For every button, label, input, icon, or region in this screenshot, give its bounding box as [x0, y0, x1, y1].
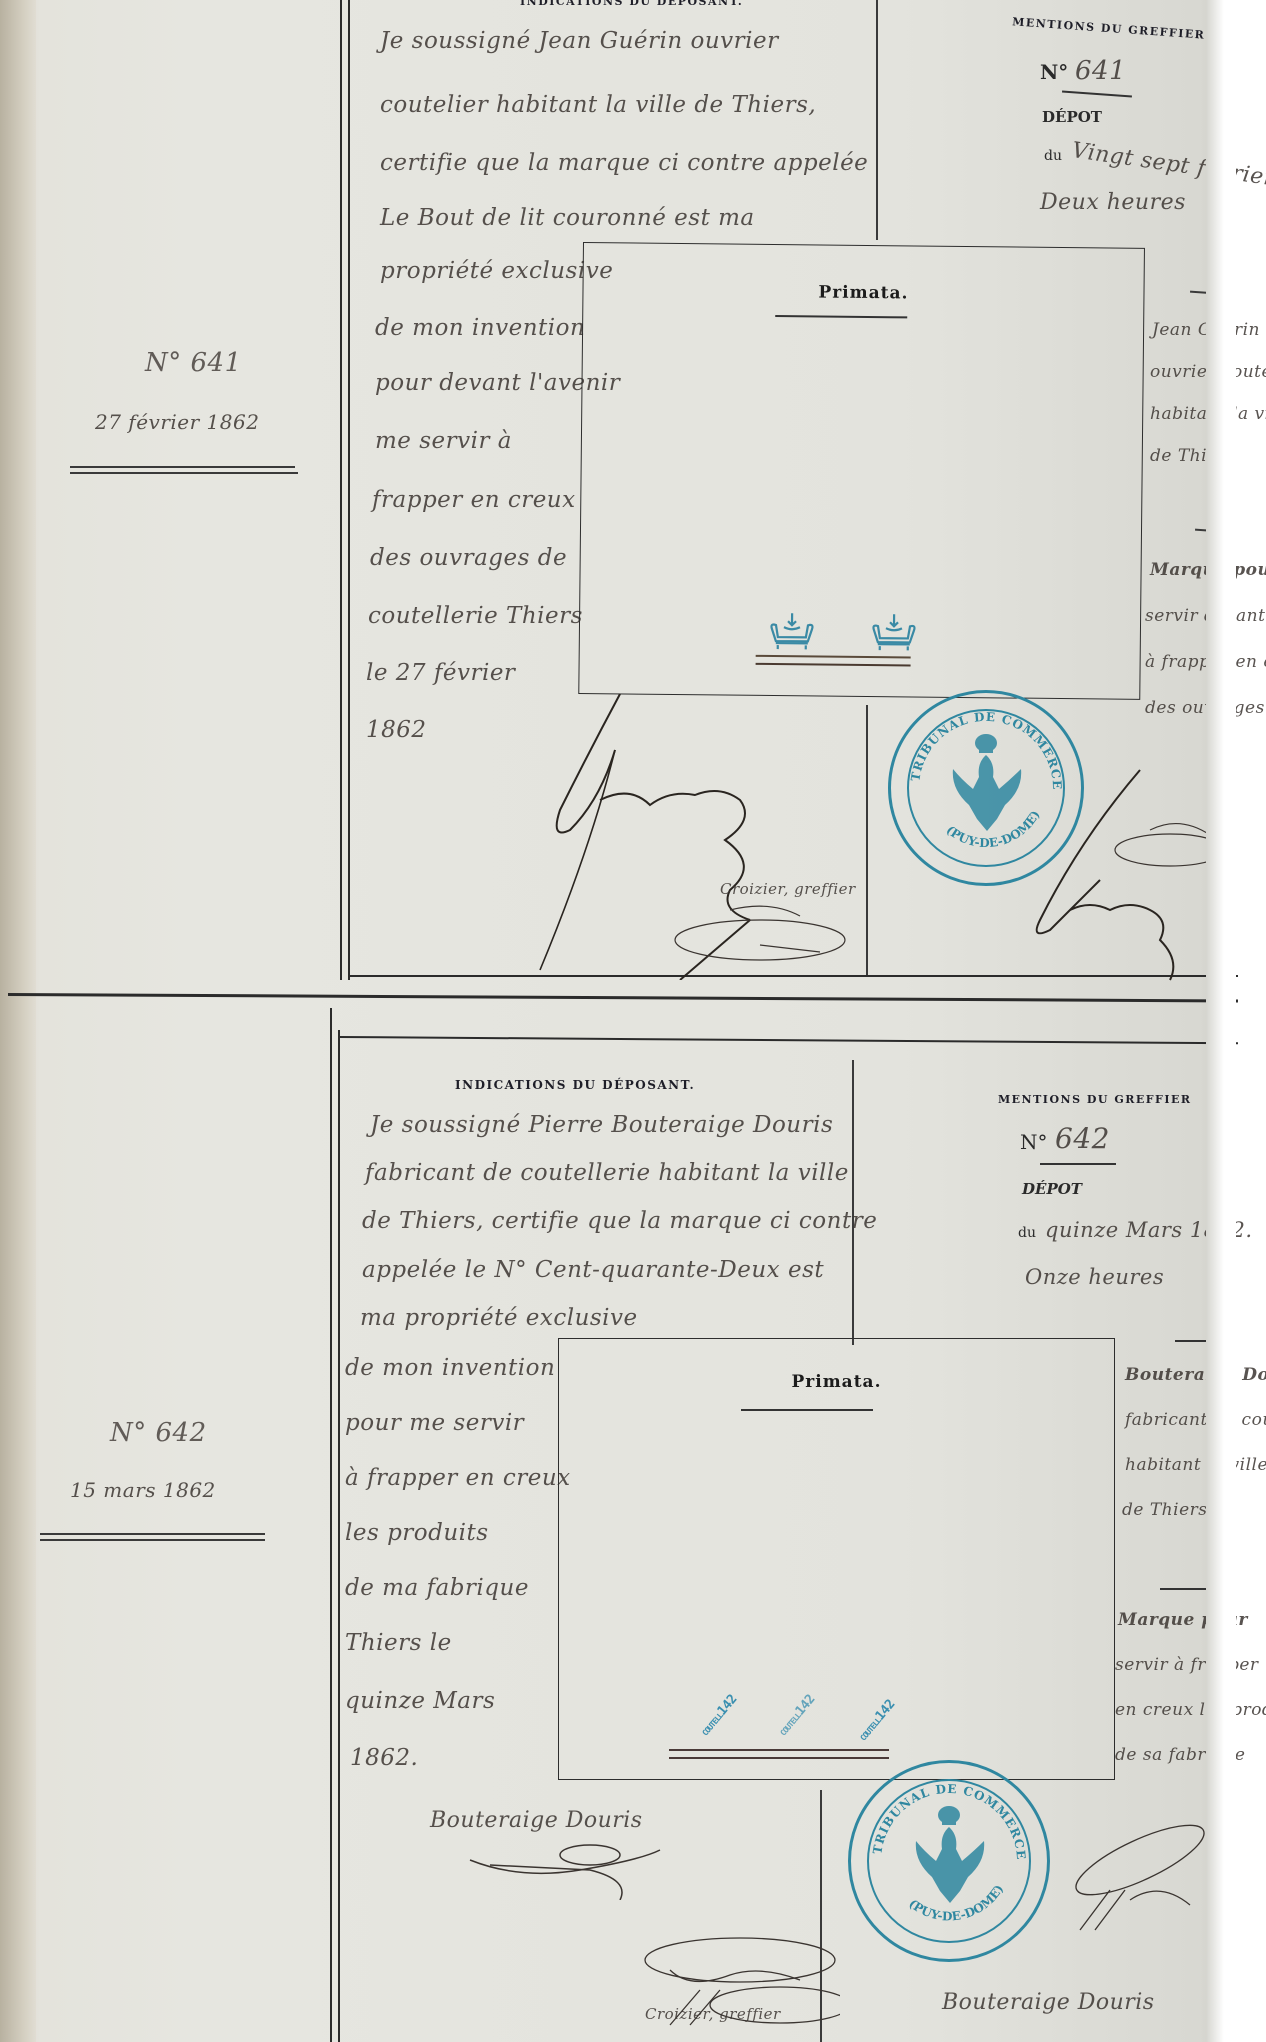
stamp-142-mark: COUTELL142: [698, 1692, 741, 1739]
tribunal-stamp: TRIBUNAL DE COMMERCE DE THIERS (PUY-DE-D…: [848, 1760, 1050, 1962]
depot-label: DÉPOT: [1042, 108, 1102, 126]
depositor-line: de mon invention: [375, 315, 585, 341]
title-underline: [775, 315, 907, 318]
depositor-line: frapper en creux: [372, 487, 576, 513]
depositor-line: propriété exclusive: [380, 258, 613, 284]
clerk-number-label: N°: [1020, 1130, 1048, 1154]
depositor-line: coutellerie Thiers: [368, 603, 583, 629]
depositor-line: de Thiers, certifie que la marque ci con…: [362, 1208, 877, 1234]
signature-flourish: [460, 1840, 680, 1900]
column-divider: [876, 0, 878, 240]
depot-label: DÉPOT: [1022, 1180, 1082, 1198]
frame-top: [338, 1036, 1238, 1044]
depositor-line: les produits: [345, 1520, 489, 1546]
mark-summary-line: en creux les produits: [1115, 1700, 1266, 1720]
depositor-line: 1862.: [350, 1745, 418, 1771]
depositor-header: INDICATIONS DU DÉPOSANT.: [520, 0, 743, 8]
depositor-line: pour me servir: [345, 1410, 524, 1436]
depositor-line: Je soussigné Jean Guérin ouvrier: [380, 28, 779, 54]
depot-time: Onze heures: [1025, 1265, 1164, 1289]
book-spine: [0, 0, 36, 2042]
clerk-header: MENTIONS DU GREFFIER: [998, 1093, 1192, 1106]
clerk-signature: Croizier, greffier: [720, 880, 856, 898]
frame-line: [330, 1008, 332, 2042]
clerk-summary-line: de Thiers: [1122, 1500, 1207, 1520]
depositor-line: à frapper en creux: [345, 1465, 571, 1491]
clerk-number-value: 641: [1075, 56, 1126, 86]
mark-box: Primata.: [578, 242, 1145, 700]
number-underline: [1040, 1163, 1116, 1165]
mark-double-rule: [756, 655, 911, 667]
register-page: INDICATIONS DU DÉPOSANT. Je soussigné Je…: [0, 0, 1236, 2042]
depositor-signature: Bouteraige Douris: [430, 1808, 643, 1833]
signature-clerk-margin: [1060, 1820, 1220, 1940]
clerk-signature: Croizier, greffier: [645, 2005, 781, 2023]
mark-box-title: Primata.: [583, 280, 1143, 306]
depositor-line: certifie que la marque ci contre appelée: [380, 150, 868, 176]
clerk-number-label: N°: [1040, 60, 1068, 84]
depositor-line: le 27 février: [366, 660, 515, 686]
du-label: du: [1018, 1225, 1036, 1241]
column-divider: [852, 1060, 854, 1345]
depositor-line: coutelier habitant la ville de Thiers,: [380, 92, 816, 118]
margin-number: N° 642: [110, 1418, 207, 1448]
clerk-summary-line: Bouteraige Douris: [1125, 1365, 1266, 1385]
section-divider: [8, 993, 1238, 1002]
depositor-line: Le Bout de lit couronné est ma: [380, 205, 755, 231]
margin-rule: [40, 1533, 265, 1535]
clerk-depositor-signature: Bouteraige Douris: [942, 1990, 1155, 2015]
clerk-summary-line: fabricant de coutellerie: [1125, 1410, 1266, 1430]
margin-rule: [70, 472, 298, 474]
depositor-line: de ma fabrique: [345, 1575, 529, 1601]
crown-bed-mark-icon: [768, 611, 816, 656]
crown-bed-mark-icon: [870, 612, 918, 657]
mark-summary-line: servir à frapper: [1115, 1655, 1259, 1675]
margin-rule: [70, 466, 295, 468]
stamp-142-mark: COUTELL142: [776, 1692, 819, 1739]
mark-box-title: Primata.: [559, 1372, 1114, 1392]
number-underline: [1062, 91, 1132, 97]
clerk-summary-line: habitant la ville: [1125, 1455, 1266, 1475]
margin-number: N° 641: [145, 348, 242, 378]
mark-box: Primata. COUTELL142 COUTELL142 COUTELL14…: [558, 1338, 1115, 1780]
depot-time: Deux heures: [1040, 190, 1186, 215]
depositor-line: ma propriété exclusive: [360, 1305, 638, 1331]
depositor-line: quinze Mars: [345, 1688, 495, 1714]
depositor-line: de mon invention: [345, 1355, 555, 1381]
eagle-emblem-icon: TRIBUNAL DE COMMERCE DE THIERS (PUY-DE-D…: [851, 1763, 1047, 1959]
depot-date: Vingt sept février: [1070, 138, 1266, 191]
depositor-line: appelée le N° Cent-quarante-Deux est: [362, 1257, 824, 1283]
depositor-line: 1862: [366, 717, 427, 743]
depositor-line: Je soussigné Pierre Bouteraige Douris: [370, 1112, 833, 1138]
depositor-header: INDICATIONS DU DÉPOSANT.: [455, 1078, 695, 1092]
depositor-line: Thiers le: [345, 1630, 452, 1656]
depositor-line: des ouvrages de: [370, 545, 567, 571]
frame-line: [338, 1030, 340, 2042]
frame-line: [348, 0, 350, 980]
signature-guerin: [520, 690, 850, 980]
clerk-header: MENTIONS DU GREFFIER: [1012, 15, 1206, 41]
mark-double-rule: [669, 1749, 889, 1759]
margin-date: 15 mars 1862: [70, 1478, 216, 1502]
depositor-line: me servir à: [375, 428, 512, 454]
column-divider: [866, 705, 868, 977]
margin-date: 27 février 1862: [95, 410, 259, 434]
stamp-142-mark: COUTELL142: [856, 1697, 899, 1744]
page-edge: [1206, 0, 1236, 2042]
depositor-line: fabricant de coutellerie habitant la vil…: [365, 1160, 849, 1186]
frame-line: [340, 0, 342, 980]
margin-rule: [40, 1539, 265, 1541]
clerk-number-value: 642: [1055, 1122, 1110, 1155]
du-label: du: [1044, 148, 1062, 164]
title-underline: [741, 1409, 873, 1411]
signature-clerk-margin: [1000, 760, 1230, 990]
